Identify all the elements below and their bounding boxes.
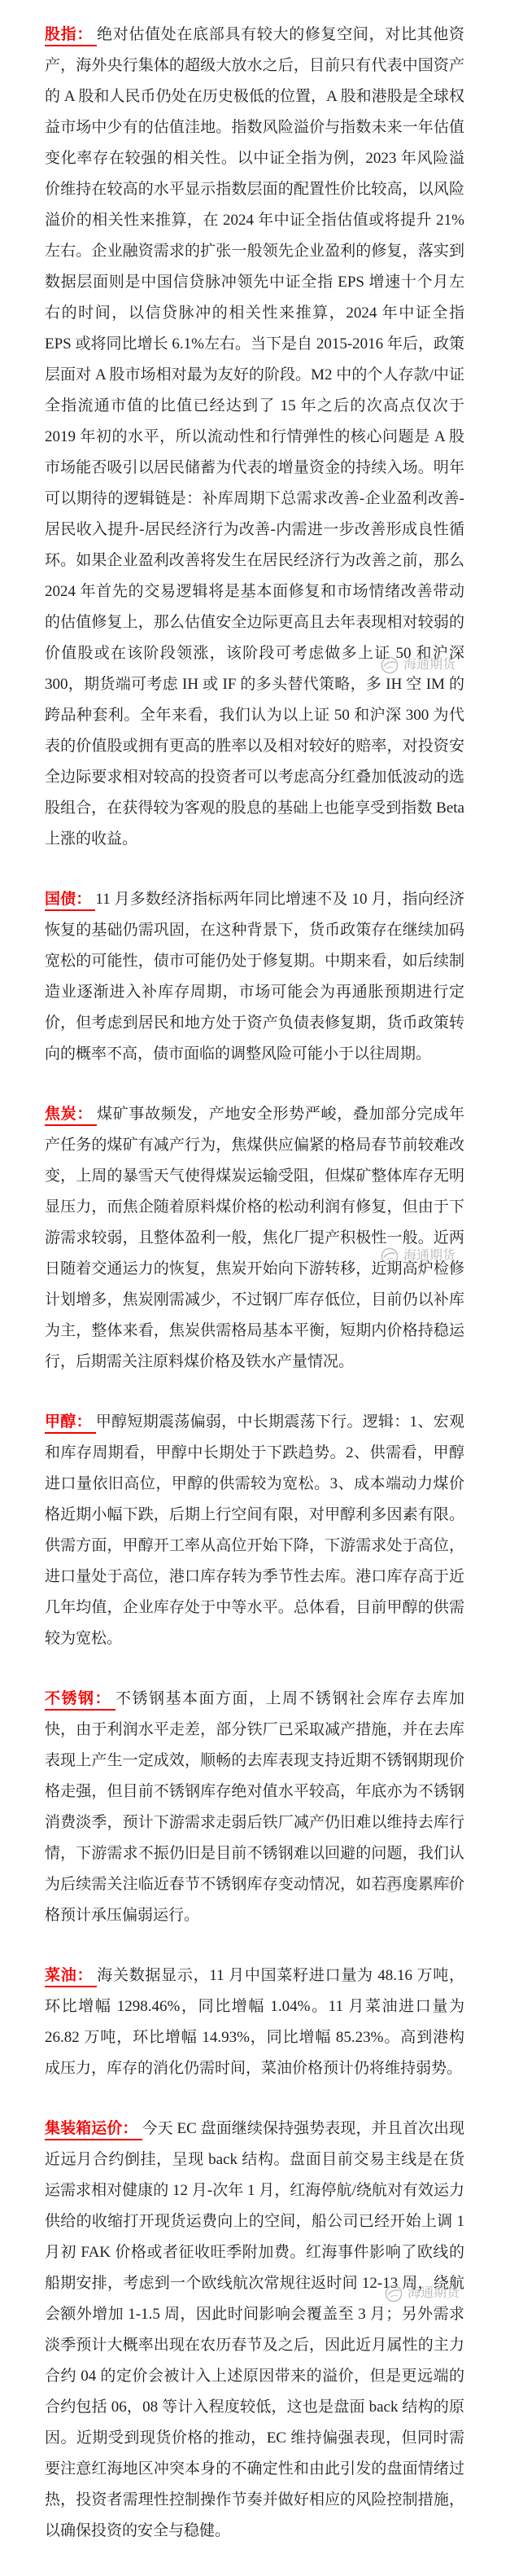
section-paragraph: 国债：11 月多数经济指标两年同比增速不及 10 月，指向经济恢复的基础仍需巩固… bbox=[45, 884, 464, 1070]
section-label: 甲醇： bbox=[45, 1413, 96, 1434]
section-label: 集装箱运价： bbox=[45, 2120, 142, 2140]
section-body: 不锈钢基本面方面，上周不锈钢社会库存去库加快，由于利润水平走差，部分铁厂已采取减… bbox=[45, 1690, 464, 1924]
section-body: 煤矿事故频发，产地安全形势严峻，叠加部分完成年产任务的煤矿有减产行为，焦煤供应偏… bbox=[45, 1106, 464, 1370]
section-paragraph: 不锈钢：不锈钢基本面方面，上周不锈钢社会库存去库加快，由于利润水平走差，部分铁厂… bbox=[45, 1684, 464, 1931]
section-paragraph: 股指：绝对估值处在底部具有较大的修复空间，对比其他资产，海外央行集体的超级大放水… bbox=[45, 20, 464, 855]
section-body: 海关数据显示，11 月中国菜籽进口量为 48.16 万吨，环比增幅 1298.4… bbox=[45, 1967, 464, 2077]
section-paragraph: 集装箱运价：今天 EC 盘面继续保持强势表现，并且首次出现近远月合约倒挂，呈现 … bbox=[45, 2114, 464, 2547]
section-label: 国债： bbox=[45, 891, 95, 911]
section-paragraph: 菜油：海关数据显示，11 月中国菜籽进口量为 48.16 万吨，环比增幅 129… bbox=[45, 1960, 464, 2084]
section-body: 绝对估值处在底部具有较大的修复空间，对比其他资产，海外央行集体的超级大放水之后，… bbox=[45, 26, 464, 848]
section-paragraph: 焦炭：煤矿事故频发，产地安全形势严峻，叠加部分完成年产任务的煤矿有减产行为，焦煤… bbox=[45, 1099, 464, 1378]
section-label: 不锈钢： bbox=[45, 1690, 116, 1711]
section-label: 焦炭： bbox=[45, 1106, 97, 1126]
report-sections: 股指：绝对估值处在底部具有较大的修复空间，对比其他资产，海外央行集体的超级大放水… bbox=[0, 0, 510, 2547]
section-paragraph: 甲醇：甲醇短期震荡偏弱，中长期震荡下行。逻辑：1、宏观和库存周期看，甲醇中长期处… bbox=[45, 1407, 464, 1654]
section-body: 11 月多数经济指标两年同比增速不及 10 月，指向经济恢复的基础仍需巩固，在这… bbox=[45, 891, 464, 1062]
section-label: 股指： bbox=[45, 26, 97, 46]
section-body: 今天 EC 盘面继续保持强势表现，并且首次出现近远月合约倒挂，呈现 back 结… bbox=[45, 2120, 464, 2539]
report-page: 股指：绝对估值处在底部具有较大的修复空间，对比其他资产，海外央行集体的超级大放水… bbox=[0, 0, 510, 2576]
section-label: 菜油： bbox=[45, 1967, 97, 1987]
section-body: 甲醇短期震荡偏弱，中长期震荡下行。逻辑：1、宏观和库存周期看，甲醇中长期处于下跌… bbox=[45, 1413, 464, 1647]
